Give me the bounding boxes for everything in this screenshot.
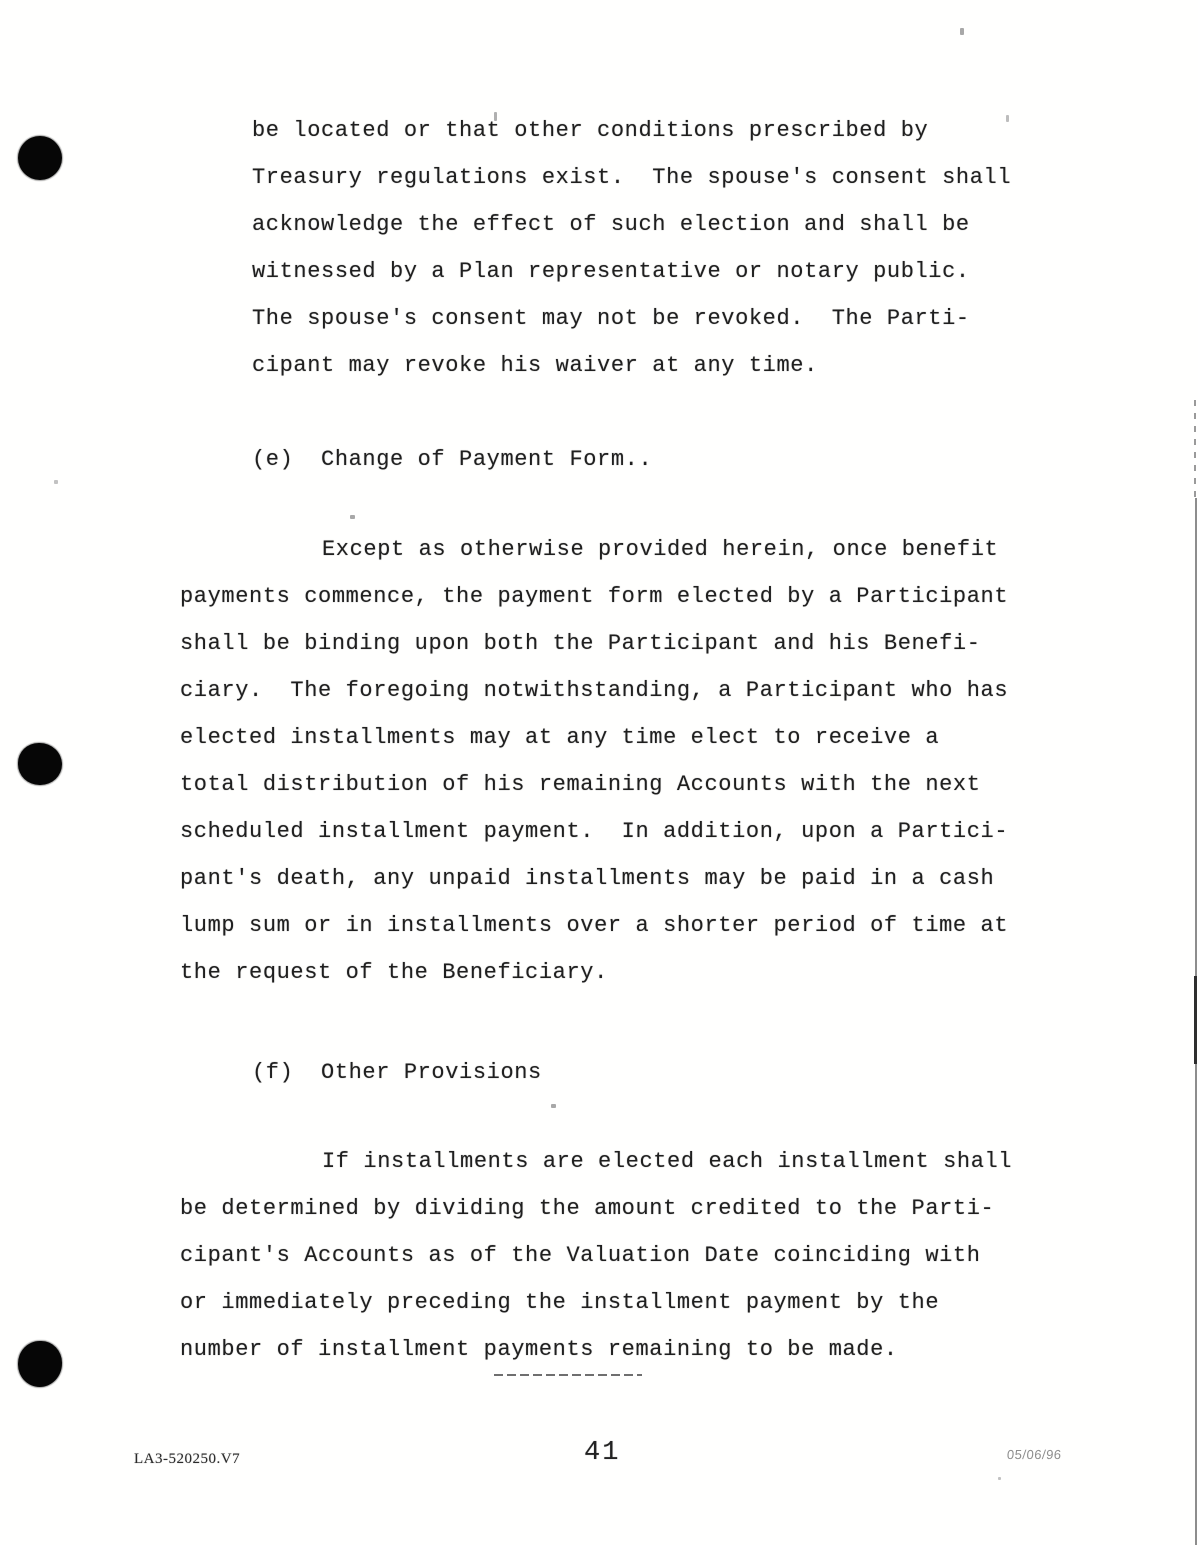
text-line: the request of the Beneficiary. xyxy=(180,960,1008,1007)
paragraph-change-of-payment-form: Except as otherwise provided herein, onc… xyxy=(180,537,1008,1007)
text-line: If installments are elected each install… xyxy=(180,1149,1012,1196)
text-line: be determined by dividing the amount cre… xyxy=(180,1196,1012,1243)
text-line: cipant may revoke his waiver at any time… xyxy=(252,353,1011,400)
text-line: payments commence, the payment form elec… xyxy=(180,584,1008,631)
text-line: Except as otherwise provided herein, onc… xyxy=(180,537,1008,584)
text-line: pant's death, any unpaid installments ma… xyxy=(180,866,1008,913)
scanned-document-page: be located or that other conditions pres… xyxy=(0,0,1198,1545)
footer-document-id: LA3-520250.V7 xyxy=(134,1451,240,1468)
scan-edge-line xyxy=(1195,1064,1197,1545)
text-line: number of installment payments remaining… xyxy=(180,1337,1012,1384)
text-line: scheduled installment payment. In additi… xyxy=(180,819,1008,866)
text-line: cipant's Accounts as of the Valuation Da… xyxy=(180,1243,1012,1290)
text-line: lump sum or in installments over a short… xyxy=(180,913,1008,960)
punch-hole-mark xyxy=(18,1341,62,1387)
scan-speck xyxy=(960,28,964,35)
paragraph-other-provisions: If installments are elected each install… xyxy=(180,1149,1012,1384)
scan-edge-line xyxy=(1195,498,1197,978)
scan-speck xyxy=(998,1477,1001,1480)
scan-edge-line-dark xyxy=(1194,976,1197,1064)
text-line: The spouse's consent may not be revoked.… xyxy=(252,306,1011,353)
text-line: acknowledge the effect of such election … xyxy=(252,212,1011,259)
punch-hole-mark xyxy=(18,743,62,785)
section-heading-f: (f) Other Provisions xyxy=(252,1060,542,1107)
punch-hole-mark xyxy=(18,136,62,180)
section-heading-e: (e) Change of Payment Form.. xyxy=(252,447,652,494)
text-line: be located or that other conditions pres… xyxy=(252,118,1011,165)
text-line: witnessed by a Plan representative or no… xyxy=(252,259,1011,306)
text-line: Treasury regulations exist. The spouse's… xyxy=(252,165,1011,212)
text-line: shall be binding upon both the Participa… xyxy=(180,631,1008,678)
text-line: ciary. The foregoing notwithstanding, a … xyxy=(180,678,1008,725)
scan-edge-line-dashed xyxy=(1194,400,1196,500)
footer-page-number: 41 xyxy=(584,1438,620,1468)
scan-speck xyxy=(350,515,355,519)
heading-text: (e) Change of Payment Form.. xyxy=(252,447,652,494)
text-line: or immediately preceding the installment… xyxy=(180,1290,1012,1337)
text-line: elected installments may at any time ele… xyxy=(180,725,1008,772)
scan-speck xyxy=(54,480,58,484)
text-line: total distribution of his remaining Acco… xyxy=(180,772,1008,819)
paragraph-spousal-consent: be located or that other conditions pres… xyxy=(252,118,1011,400)
heading-text: (f) Other Provisions xyxy=(252,1060,542,1107)
scan-speck xyxy=(551,1104,556,1108)
footer-date-stamp: 05/06/96 xyxy=(1006,1447,1062,1462)
